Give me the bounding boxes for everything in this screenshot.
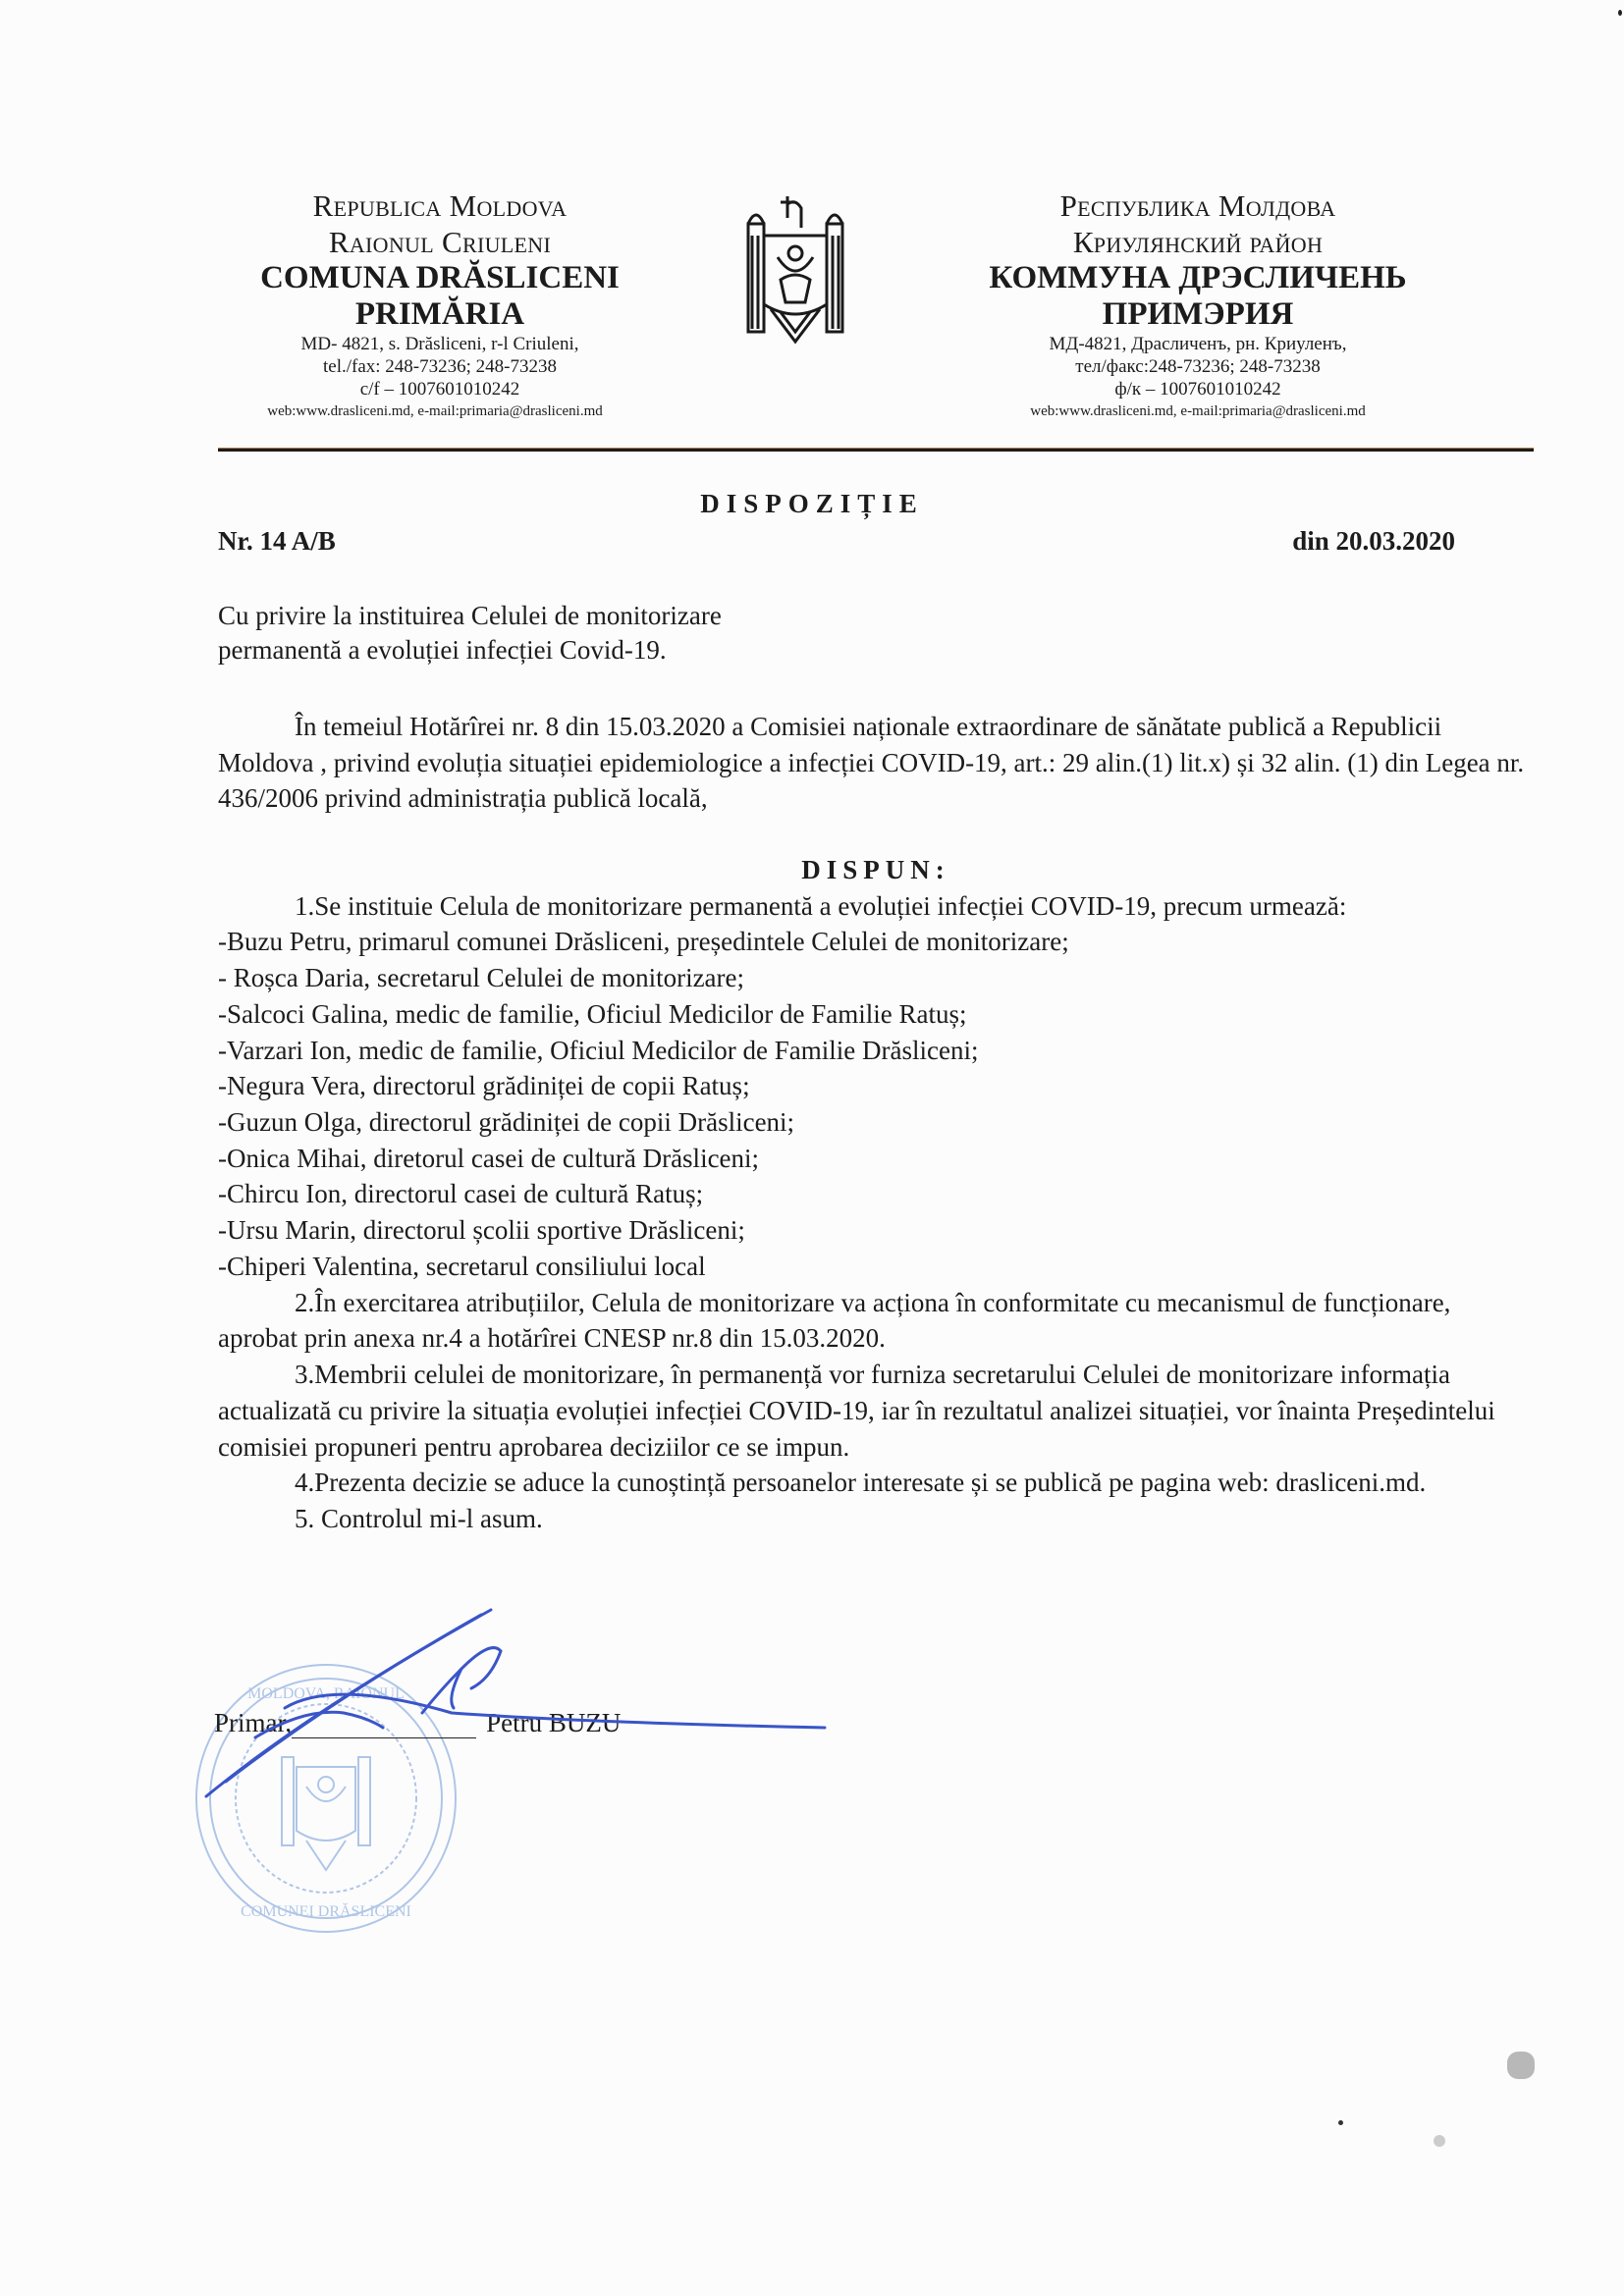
header-commune-ru: КОММУНА ДРЭСЛИЧЕНЬ (962, 260, 1434, 296)
scan-speck (1338, 2120, 1343, 2125)
header-institution-ru: ПРИМЭРИЯ (962, 296, 1434, 333)
member-item: -Ursu Marin, directorul școlii sportive … (218, 1212, 1534, 1249)
header-address: MD- 4821, s. Drăsliceni, r-l Criuleni, (214, 333, 666, 355)
dispositions: DISPUN: 1.Se instituie Celula de monitor… (218, 852, 1534, 1537)
subject-line-2: permanentă a evoluției infecției Covid-1… (218, 633, 722, 667)
point-2: 2.În exercitarea atribuțiilor, Celula de… (218, 1285, 1534, 1357)
header-phone-ru: тел/факс:248-73236; 248-73238 (962, 355, 1434, 378)
dispun-heading: DISPUN: (218, 852, 1534, 888)
document-title: DISPOZIȚIE (0, 489, 1624, 519)
header-country-ru: Республика Молдова (962, 188, 1434, 225)
document-subject: Cu privire la instituirea Celulei de mon… (218, 599, 722, 667)
header-commune: COMUNA DRĂSLICENI (214, 260, 666, 296)
point-1-intro: 1.Se instituie Celula de monitorizare pe… (218, 888, 1534, 925)
scan-speck (1618, 10, 1622, 16)
member-item: -Varzari Ion, medic de familie, Oficiul … (218, 1033, 1534, 1069)
header-country: Republica Moldova (214, 188, 666, 225)
header-fiscal-code-ru: ф/к – 1007601010242 (962, 378, 1434, 400)
member-item: -Negura Vera, directorul grădiniței de c… (218, 1068, 1534, 1104)
header-divider (218, 448, 1534, 452)
scan-speck (1507, 2052, 1535, 2079)
point-4: 4.Prezenta decizie se aduce la cunoștinț… (218, 1465, 1534, 1501)
subject-line-1: Cu privire la instituirea Celulei de mon… (218, 599, 722, 633)
member-item: - Roșca Daria, secretarul Celulei de mon… (218, 960, 1534, 996)
document-number: Nr. 14 A/B (218, 526, 336, 557)
point-3: 3.Membrii celulei de monitorizare, în pe… (218, 1357, 1534, 1465)
header-web-email: web:www.drasliceni.md, e-mail:primaria@d… (204, 403, 666, 421)
header-district-ru: Криулянский район (962, 225, 1434, 261)
handwritten-signature-icon (196, 1590, 844, 1826)
scan-speck (1434, 2135, 1445, 2147)
member-item: -Guzun Olga, directorul grădiniței de co… (218, 1104, 1534, 1141)
preamble: În temeiul Hotărîrei nr. 8 din 15.03.202… (218, 709, 1534, 817)
member-item: -Onica Mihai, diretorul casei de cultură… (218, 1141, 1534, 1177)
header-russian: Республика Молдова Криулянский район КОМ… (962, 188, 1434, 420)
header-institution: PRIMĂRIA (214, 296, 666, 333)
header-fiscal-code: c/f – 1007601010242 (214, 378, 666, 400)
member-item: -Salcoci Galina, medic de familie, Ofici… (218, 996, 1534, 1033)
point-5: 5. Controlul mi-l asum. (218, 1501, 1534, 1537)
member-item: -Buzu Petru, primarul comunei Drăsliceni… (218, 924, 1534, 960)
header-phone: tel./fax: 248-73236; 248-73238 (214, 355, 666, 378)
coat-of-arms-icon (727, 187, 864, 348)
header-district: Raionul Criuleni (214, 225, 666, 261)
member-item: -Chiperi Valentina, secretarul consiliul… (218, 1249, 1534, 1285)
header-address-ru: МД-4821, Драсличенъ, рн. Криуленъ, (962, 333, 1434, 355)
header-romanian: Republica Moldova Raionul Criuleni COMUN… (214, 188, 666, 420)
document-date: din 20.03.2020 (1292, 526, 1455, 557)
header-web-email-ru: web:www.drasliceni.md, e-mail:primaria@d… (962, 403, 1434, 421)
member-item: -Chircu Ion, directorul casei de cultură… (218, 1176, 1534, 1212)
preamble-text: În temeiul Hotărîrei nr. 8 din 15.03.202… (218, 709, 1534, 817)
svg-text:COMUNEI DRĂSLICENI: COMUNEI DRĂSLICENI (241, 1901, 411, 1920)
